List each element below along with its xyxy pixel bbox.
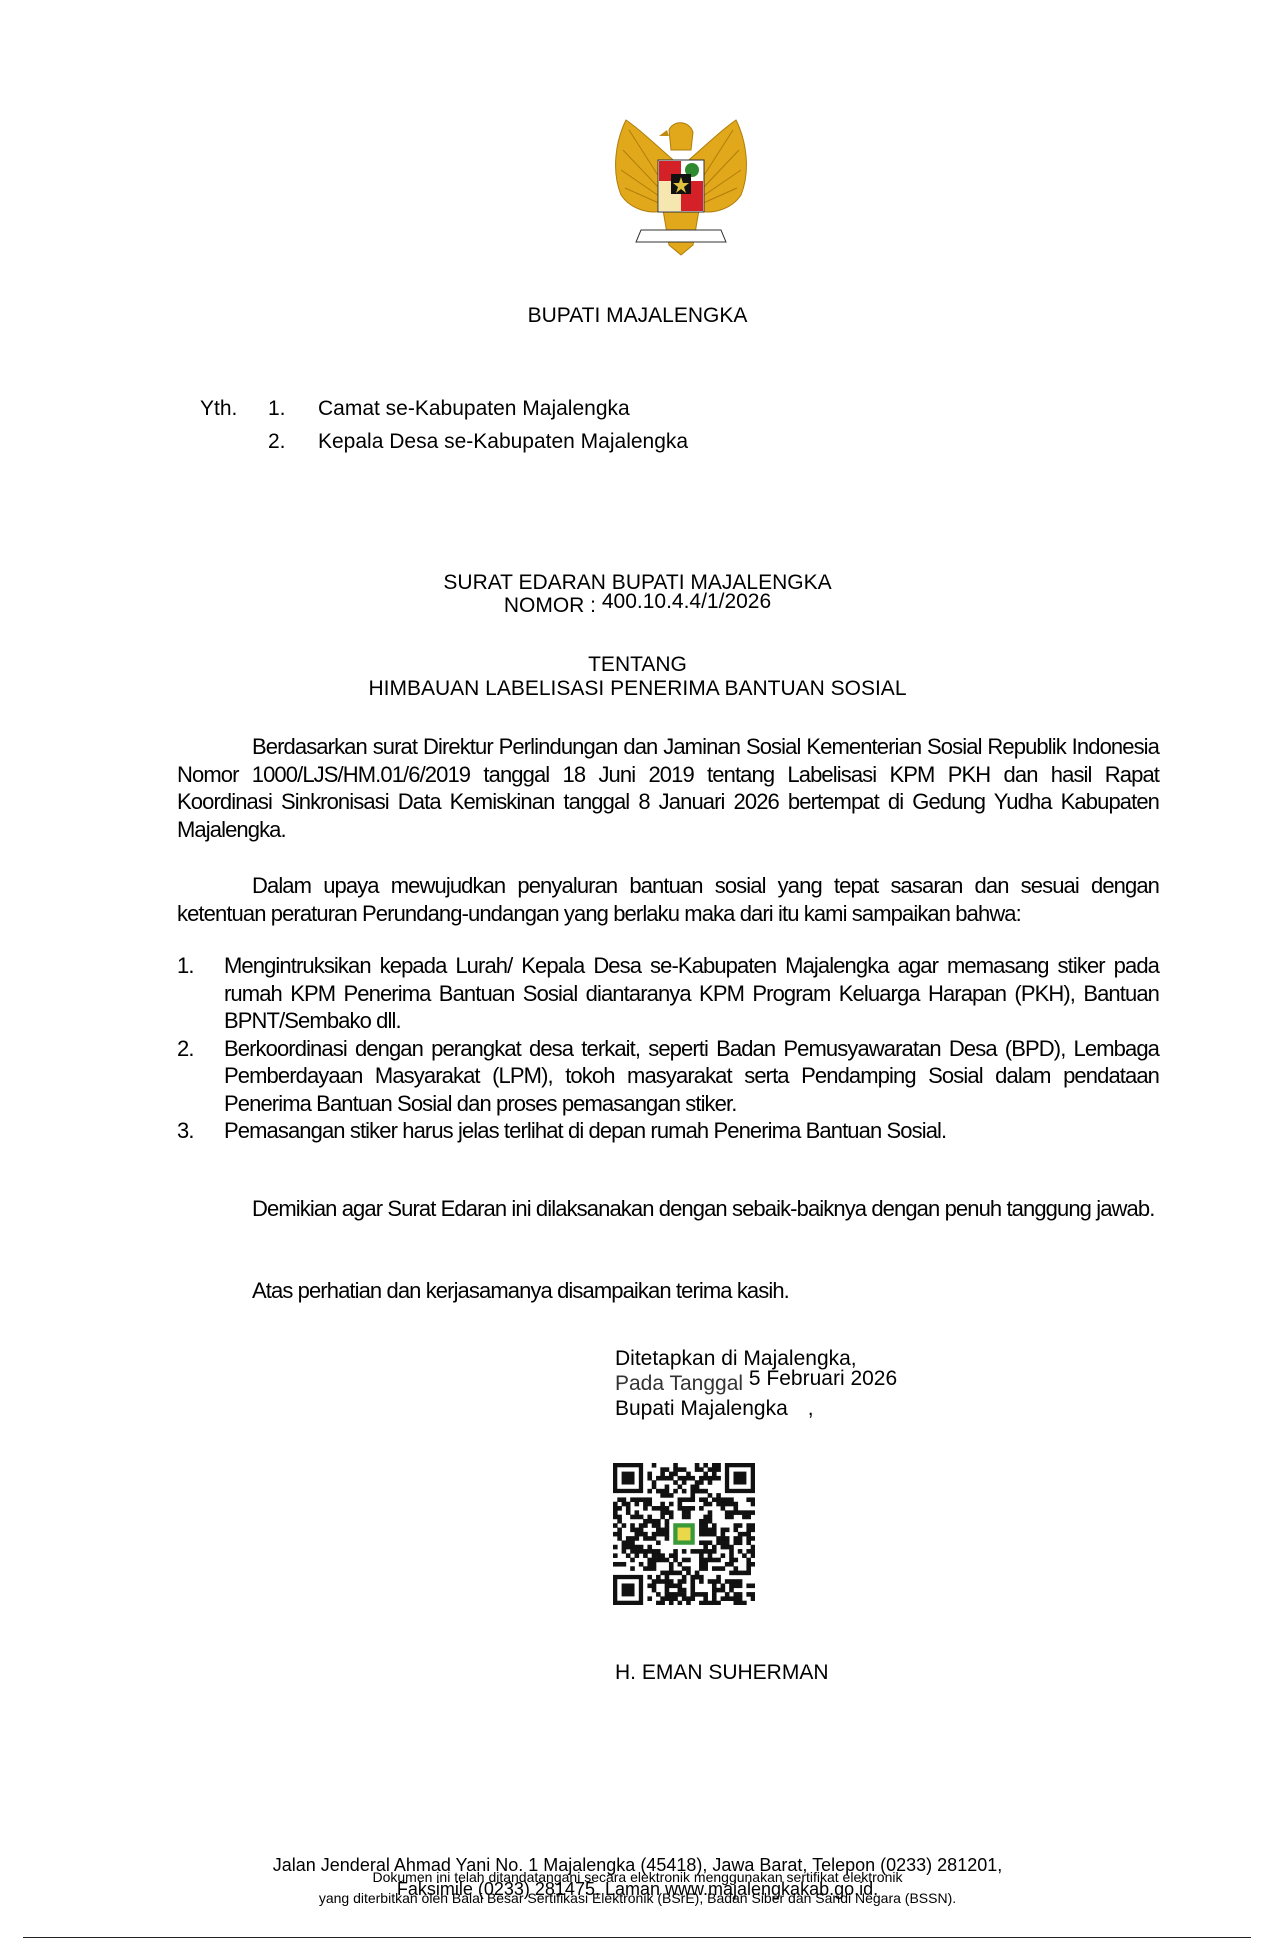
list-item: 3. Pemasangan stiker harus jelas terliha… (177, 1117, 1159, 1145)
date-label: Pada Tanggal (615, 1372, 743, 1395)
qr-code-signature-icon (613, 1463, 755, 1605)
subject-title: HIMBAUAN LABELISASI PENERIMA BANTUAN SOS… (0, 677, 1275, 701)
signature-block: Ditetapkan di Majalengka, Pada Tanggal 5… (615, 1346, 897, 1421)
footer-divider (23, 1937, 1251, 1938)
recipient-text: Camat se-Kabupaten Majalengka (318, 392, 630, 425)
recipient-number: 1. (268, 392, 318, 425)
signature-date-line: Pada Tanggal 5 Februari 2026 (615, 1371, 897, 1396)
document-title: SURAT EDARAN BUPATI MAJALENGKA NOMOR : 4… (0, 571, 1275, 617)
paragraph-text: Demikian agar Surat Edaran ini dilaksana… (177, 1195, 1159, 1223)
paragraph-text: Berdasarkan surat Direktur Perlindungan … (177, 733, 1159, 843)
recipient-item: Yth. 1. Camat se-Kabupaten Majalengka (200, 392, 688, 425)
paragraph-text: Dalam upaya mewujudkan penyaluran bantua… (177, 872, 1159, 927)
subject-block: TENTANG HIMBAUAN LABELISASI PENERIMA BAN… (0, 653, 1275, 701)
list-number: 2. (177, 1035, 224, 1118)
issuer-heading: BUPATI MAJALENGKA (0, 304, 1275, 328)
instruction-list: 1. Mengintruksikan kepada Lurah/ Kepala … (177, 952, 1159, 1145)
list-number: 1. (177, 952, 224, 1035)
signature-position-line: Bupati Majalengka, (615, 1396, 897, 1421)
list-text: Berkoordinasi dengan perangkat desa terk… (224, 1035, 1159, 1118)
paragraph-intro: Dalam upaya mewujudkan penyaluran bantua… (177, 872, 1159, 927)
about-label: TENTANG (0, 653, 1275, 677)
list-number: 3. (177, 1117, 224, 1145)
paragraph-basis: Berdasarkan surat Direktur Perlindungan … (177, 733, 1159, 843)
garuda-pancasila-emblem-icon (601, 110, 761, 268)
list-item: 1. Mengintruksikan kepada Lurah/ Kepala … (177, 952, 1159, 1035)
paragraph-text: Atas perhatian dan kerjasamanya disampai… (177, 1277, 1159, 1305)
paragraph-closing: Demikian agar Surat Edaran ini dilaksana… (177, 1195, 1159, 1223)
recipients-block: Yth. 1. Camat se-Kabupaten Majalengka 2.… (200, 392, 688, 458)
list-text: Pemasangan stiker harus jelas terlihat d… (224, 1117, 1159, 1145)
recipients-label: Yth. (200, 392, 268, 425)
nomor-value: 400.10.4.4/1/2026 (602, 590, 771, 613)
recipient-text: Kepala Desa se-Kabupaten Majalengka (318, 425, 688, 458)
paragraph-thanks: Atas perhatian dan kerjasamanya disampai… (177, 1277, 1159, 1305)
signature-position: Bupati Majalengka (615, 1397, 788, 1420)
list-text: Mengintruksikan kepada Lurah/ Kepala Des… (224, 952, 1159, 1035)
signer-name: H. EMAN SUHERMAN (615, 1661, 829, 1685)
recipient-number: 2. (268, 425, 318, 458)
signature-comma: , (808, 1397, 814, 1420)
list-item: 2. Berkoordinasi dengan perangkat desa t… (177, 1035, 1159, 1118)
nomor-line: NOMOR : 400.10.4.4/1/2026 (0, 594, 1275, 617)
footer-esign-line2: yang diterbitkan oleh Balai Besar Sertif… (0, 1890, 1275, 1906)
recipient-item: 2. Kepala Desa se-Kabupaten Majalengka (200, 425, 688, 458)
date-value: 5 Februari 2026 (749, 1367, 897, 1390)
nomor-label: NOMOR : (504, 594, 596, 617)
